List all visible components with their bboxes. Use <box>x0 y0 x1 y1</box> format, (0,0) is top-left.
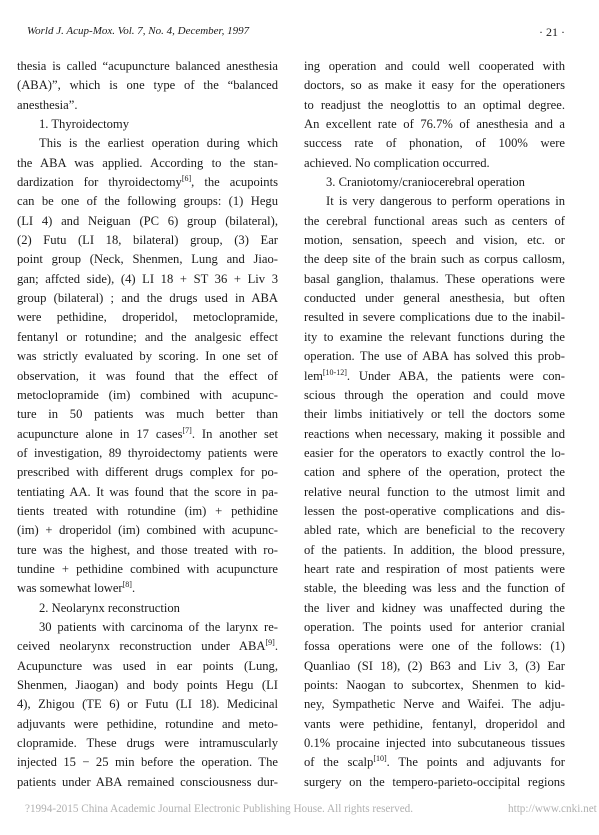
text-line: were pethidine, droperidol, metocloprami… <box>17 308 278 327</box>
text-line: point group (Neck, Shenmen, Lung and Jia… <box>17 250 278 269</box>
text-line: fentanyl or rotundine; and the analgesic… <box>17 328 278 347</box>
text-line: points: Naogan to subcortex, Shenmen to … <box>304 676 565 695</box>
text-line: easier for the operators to exactly cont… <box>304 444 565 463</box>
text-line: It is very dangerous to perform operatio… <box>304 192 565 211</box>
text-line: reactions when necessary, making it poss… <box>304 425 565 444</box>
citation-ref: [6] <box>182 174 191 183</box>
section-heading: 2. Neolarynx reconstruction <box>17 599 278 618</box>
text-line: patients under ABA remained consciousnes… <box>17 773 278 792</box>
text-line: An excellent rate of 76.7% of anesthesia… <box>304 115 565 134</box>
text-line: observation, it was found that the effec… <box>17 367 278 386</box>
running-header: World J. Acup-Mox. Vol. 7, No. 4, Decemb… <box>27 25 565 43</box>
text-line: of investigation, 89 thyroidectomy patie… <box>17 444 278 463</box>
text-line: adjuvants were pethidine, rotundine and … <box>17 715 278 734</box>
text-line: ity to examine the relevant functions du… <box>304 328 565 347</box>
text-line: the liver and kidney was unaffected duri… <box>304 599 565 618</box>
text-line: abled rate, which are beneficial to the … <box>304 521 565 540</box>
text-line: can be one of the following groups: (1) … <box>17 192 278 211</box>
text-line: acupuncture alone in 17 cases[7]. In ano… <box>17 425 278 444</box>
text-line: success rate of phonation, of 100% were <box>304 134 565 153</box>
text-line: to readjust the neoglottis to an optimal… <box>304 96 565 115</box>
text-line: ceived neolarynx reconstruction under AB… <box>17 637 278 656</box>
text-line: relative neural function to the utmost l… <box>304 483 565 502</box>
text-line: was strictly evaluated by scoring. In on… <box>17 347 278 366</box>
text-line: achieved. No complication occurred. <box>304 154 565 173</box>
text-line: Acupuncture was used in ear points (Lung… <box>17 657 278 676</box>
text-line: their limbs initiatively or tell the doc… <box>304 405 565 424</box>
text-line: 4), Zhigou (TE 6) or Futu (LI 18). Medic… <box>17 695 278 714</box>
section-heading: 1. Thyroidectomy <box>17 115 278 134</box>
citation-ref: [10] <box>373 754 386 763</box>
text-line: conducted under general anesthesia, but … <box>304 289 565 308</box>
citation-ref: [10-12] <box>323 368 347 377</box>
text-line: anesthesia”. <box>17 96 278 115</box>
text-line: group (bilateral) ; and the drugs used i… <box>17 289 278 308</box>
text-line: the ABA was applied. According to the st… <box>17 154 278 173</box>
text-line: lessen the post-operative complications … <box>304 502 565 521</box>
text-line: lem[10-12]. Under ABA, the patients were… <box>304 367 565 386</box>
text-line: of the patients. In addition, the blood … <box>304 541 565 560</box>
text-line: tundine + pethidine combined with acupun… <box>17 560 278 579</box>
text-line: ney, Sympathetic Nerve and Waifei. The a… <box>304 695 565 714</box>
text-line: gan; affcted side), (4) LI 18 + ST 36 + … <box>17 270 278 289</box>
text-line: Shenmen, Jiaogan) and body points Hegu (… <box>17 676 278 695</box>
section-heading: 3. Craniotomy/craniocerebral operation <box>304 173 565 192</box>
text-line: resulted in severe complications due to … <box>304 308 565 327</box>
text-line: 30 patients with carcinoma of the larynx… <box>17 618 278 637</box>
text-line: thesia is called “acupuncture balanced a… <box>17 57 278 76</box>
text-line: surgery on the tempero-parieto-occipital… <box>304 773 565 792</box>
journal-citation: World J. Acup-Mox. Vol. 7, No. 4, Decemb… <box>27 25 249 37</box>
text-line: (im) + droperidol (im) combined with acu… <box>17 521 278 540</box>
text-line: vants were pethidine, fentanyl, droperid… <box>304 715 565 734</box>
text-line: dardization for thyroidectomy[6], the ac… <box>17 173 278 192</box>
text-line: tentiating AA. It was found that the sco… <box>17 483 278 502</box>
text-line: ture in 50 patients was much better than <box>17 405 278 424</box>
text-line: basal ganglion, thalamus. These operatio… <box>304 270 565 289</box>
citation-ref: [7] <box>182 426 191 435</box>
text-line: cation and sphere of the operation, prot… <box>304 463 565 482</box>
left-column: thesia is called “acupuncture balanced a… <box>17 57 278 792</box>
copyright-footer: ?1994-2015 China Academic Journal Electr… <box>25 803 599 815</box>
text-line: (2) Futu (LI 18, bilateral) group, (3) E… <box>17 231 278 250</box>
text-line: operation. The use of ABA has solved thi… <box>304 347 565 366</box>
text-line: metoclopramide (im) combined with acupun… <box>17 386 278 405</box>
citation-ref: [8] <box>123 580 132 589</box>
text-line: was somewhat lower[8]. <box>17 579 278 598</box>
text-line: heart rate and respiration of most patie… <box>304 560 565 579</box>
text-line: 0.1% procaine injected into subcutaneous… <box>304 734 565 753</box>
text-line: tients treated with rotundine (im) + pet… <box>17 502 278 521</box>
text-line: fossa operations were one of the follows… <box>304 637 565 656</box>
text-line: prescribed with different drugs complex … <box>17 463 278 482</box>
text-line: the cerebral functional areas such as ce… <box>304 212 565 231</box>
right-column: ing operation and could well cooperated … <box>304 57 565 792</box>
text-line: This is the earliest operation during wh… <box>17 134 278 153</box>
text-line: motion, sensation, speech and vision, et… <box>304 231 565 250</box>
text-line: doctors, so as make it easy for the oper… <box>304 76 565 95</box>
text-line: ing operation and could well cooperated … <box>304 57 565 76</box>
text-line: clopramide. These drugs were intramuscul… <box>17 734 278 753</box>
text-line: injected 15 − 25 min before the operatio… <box>17 753 278 772</box>
text-line: Quanliao (SI 18), (2) B63 and Liv 3, (3)… <box>304 657 565 676</box>
citation-ref: [9] <box>266 638 275 647</box>
text-line: of the scalp[10]. The points and adjuvan… <box>304 753 565 772</box>
text-line: (LI 4) and Neiguan (PC 6) group (bilater… <box>17 212 278 231</box>
text-line: the deep site of the brain such as corpu… <box>304 250 565 269</box>
copyright-text: ?1994-2015 China Academic Journal Electr… <box>25 803 413 815</box>
text-line: stable, the bleeding was less and the fu… <box>304 579 565 598</box>
text-line: scious through the operation and could m… <box>304 386 565 405</box>
text-line: ture was the highest, and those treated … <box>17 541 278 560</box>
footer-url[interactable]: http://www.cnki.net <box>508 803 597 815</box>
text-line: (ABA)”, which is one type of the “balanc… <box>17 76 278 95</box>
text-line: operation. The points used for anterior … <box>304 618 565 637</box>
page-number: · 21 · <box>539 25 565 40</box>
